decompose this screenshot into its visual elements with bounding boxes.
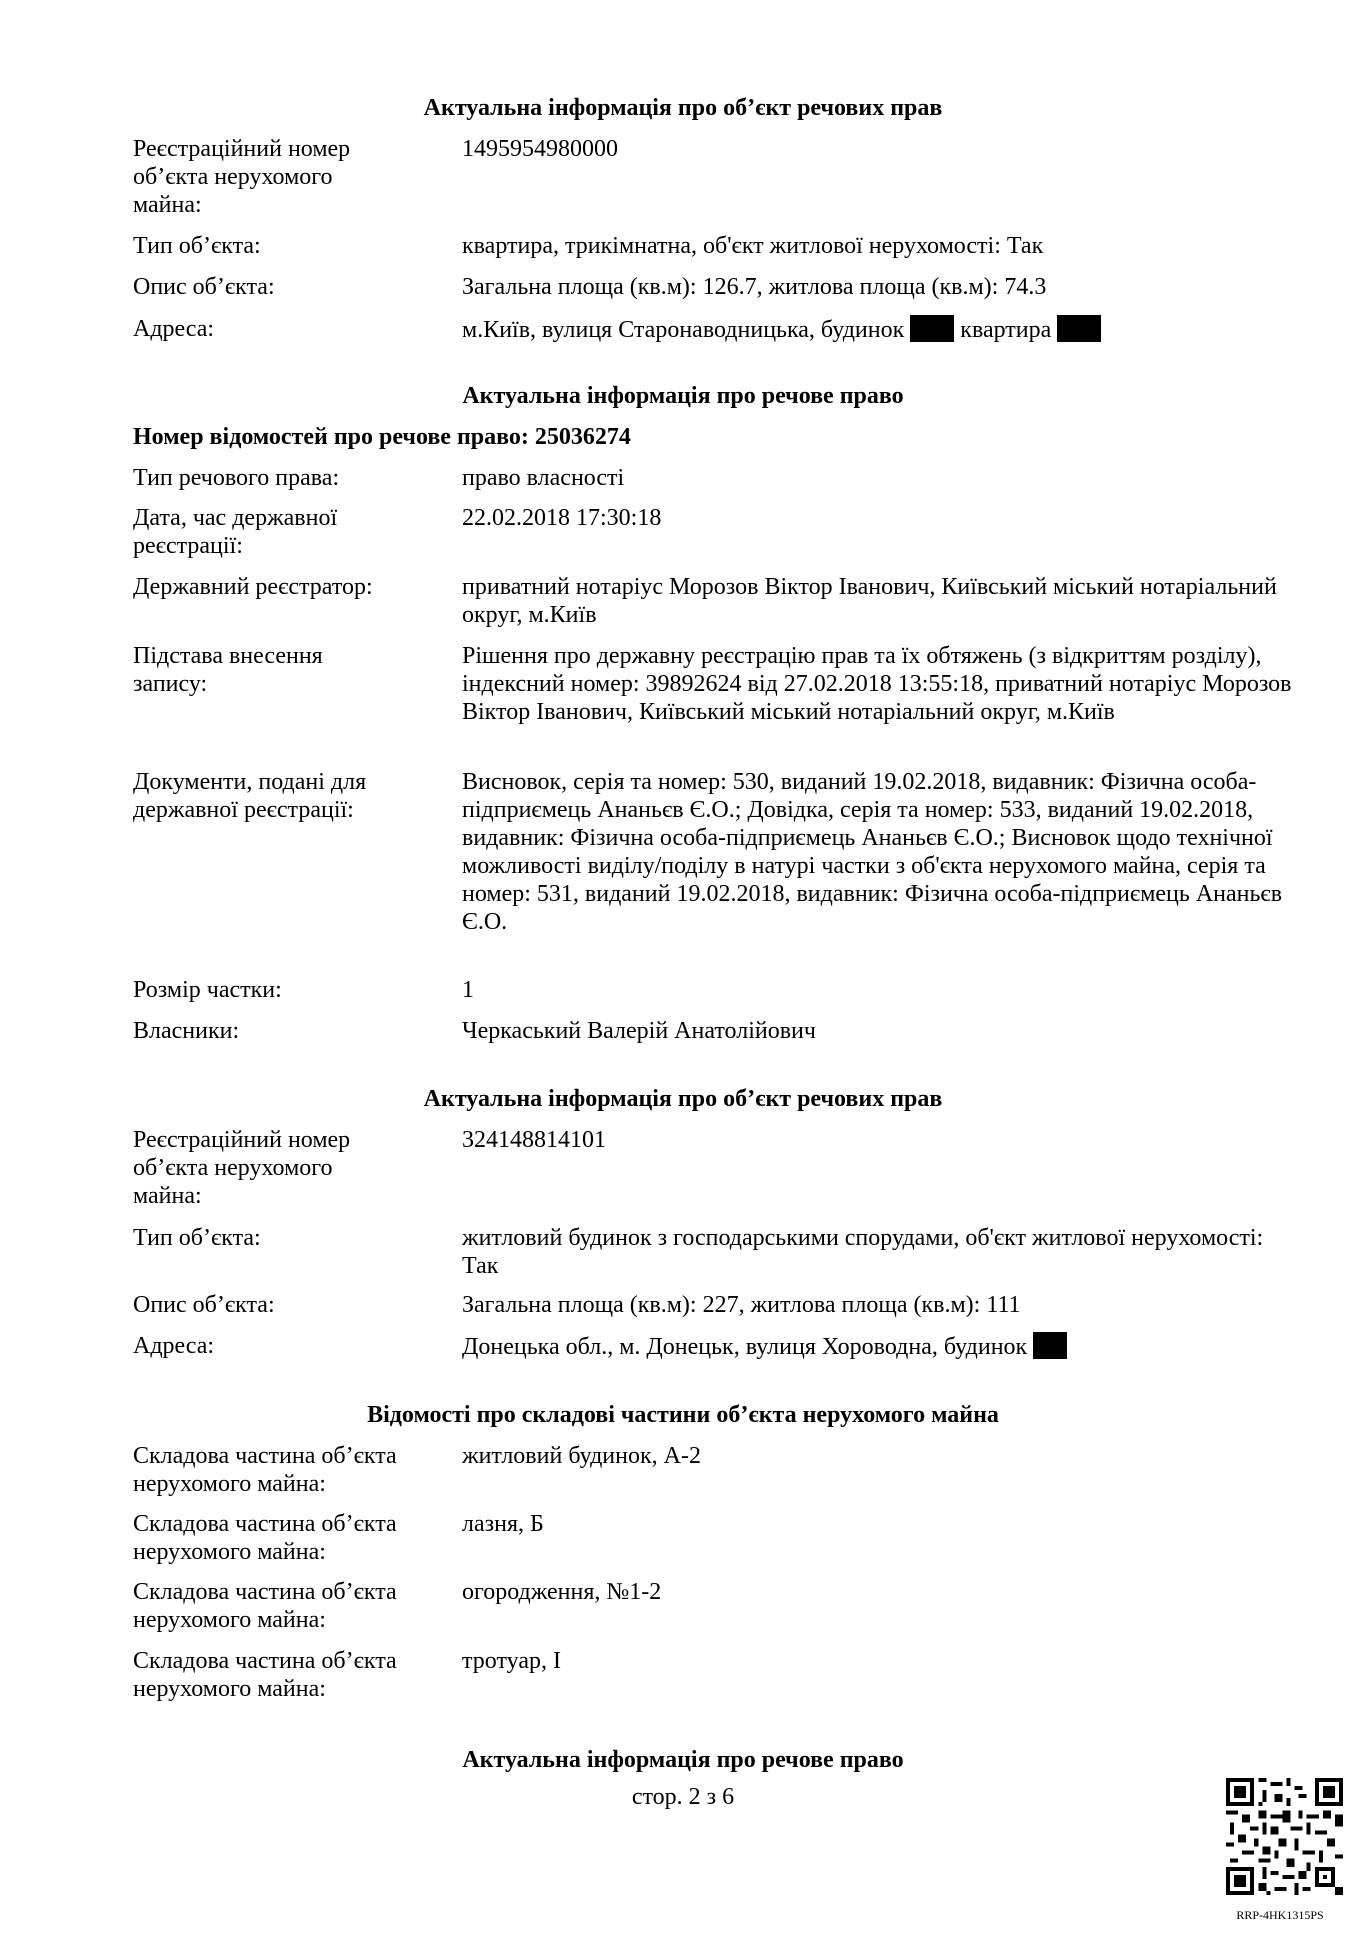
field-label: Тип об’єкта: <box>133 232 453 260</box>
field-label: Опис об’єкта: <box>133 273 453 301</box>
field-label: Реєстраційний номер об’єкта нерухомого м… <box>133 1126 373 1210</box>
page-number: стор. 2 з 6 <box>0 1783 1366 1811</box>
field-label: Адреса: <box>133 1332 453 1360</box>
field-value: 1 <box>462 976 1292 1004</box>
section-heading-object-2: Актуальна інформація про об’єкт речових … <box>0 1085 1366 1113</box>
field-value: 22.02.2018 17:30:18 <box>462 504 1292 532</box>
field-value: 324148814101 <box>462 1126 1292 1154</box>
field-label: Тип об’єкта: <box>133 1224 453 1252</box>
field-value: 1495954980000 <box>462 135 1292 163</box>
section-heading-components: Відомості про складові частини об’єкта н… <box>0 1401 1366 1429</box>
section-heading-object-1: Актуальна інформація про об’єкт речових … <box>0 94 1366 122</box>
section-heading-right-2: Актуальна інформація про речове право <box>0 1746 1366 1774</box>
redacted-house-number <box>1033 1332 1067 1359</box>
field-label: Власники: <box>133 1017 453 1045</box>
field-value: тротуар, І <box>462 1647 1292 1675</box>
field-value: квартира, трикімнатна, об'єкт житлової н… <box>462 232 1292 260</box>
field-value: Рішення про державну реєстрацію прав та … <box>462 642 1292 726</box>
record-number: Номер відомостей про речове право: 25036… <box>133 423 631 451</box>
field-value: право власності <box>462 464 1292 492</box>
field-value: Висновок, серія та номер: 530, виданий 1… <box>462 768 1292 936</box>
field-label: Підстава внесення запису: <box>133 642 363 698</box>
field-label: Складова частина об’єкта нерухомого майн… <box>133 1442 453 1498</box>
field-label: Складова частина об’єкта нерухомого майн… <box>133 1647 453 1703</box>
field-value: Загальна площа (кв.м): 227, житлова площ… <box>462 1291 1292 1319</box>
field-value: огородження, №1-2 <box>462 1578 1292 1606</box>
section-heading-right-1: Актуальна інформація про речове право <box>0 382 1366 410</box>
address-text: Донецька обл., м. Донецьк, вулиця Хорово… <box>462 1334 1027 1360</box>
field-value: житловий будинок, А-2 <box>462 1442 1292 1470</box>
address-apartment-label: квартира <box>960 317 1051 343</box>
document-code: RRP-4HK1315PS <box>1220 1908 1340 1922</box>
redacted-apartment-number <box>1057 315 1101 342</box>
field-value: Черкаський Валерій Анатолійович <box>462 1017 1292 1045</box>
field-label: Складова частина об’єкта нерухомого майн… <box>133 1578 453 1634</box>
field-label: Тип речового права: <box>133 464 453 492</box>
field-value: лазня, Б <box>462 1510 1292 1538</box>
field-label: Складова частина об’єкта нерухомого майн… <box>133 1510 453 1566</box>
redacted-house-number <box>910 315 954 342</box>
field-label: Державний реєстратор: <box>133 573 453 601</box>
field-label: Розмір частки: <box>133 976 453 1004</box>
address-text: м.Київ, вулиця Старонаводницька, будинок <box>462 317 904 343</box>
field-label: Опис об’єкта: <box>133 1291 453 1319</box>
field-value: Донецька обл., м. Донецьк, вулиця Хорово… <box>462 1332 1292 1361</box>
field-value: приватний нотаріус Морозов Віктор Іванов… <box>462 573 1292 629</box>
qr-code-icon <box>1226 1778 1343 1895</box>
field-label: Документи, подані для державної реєстрац… <box>133 768 423 824</box>
field-label: Адреса: <box>133 315 453 343</box>
field-label: Дата, час державної реєстрації: <box>133 504 383 560</box>
field-value: м.Київ, вулиця Старонаводницька, будинок… <box>462 315 1292 344</box>
field-value: житловий будинок з господарськими споруд… <box>462 1224 1292 1280</box>
field-value: Загальна площа (кв.м): 126.7, житлова пл… <box>462 273 1292 301</box>
field-label: Реєстраційний номер об’єкта нерухомого м… <box>133 135 373 219</box>
